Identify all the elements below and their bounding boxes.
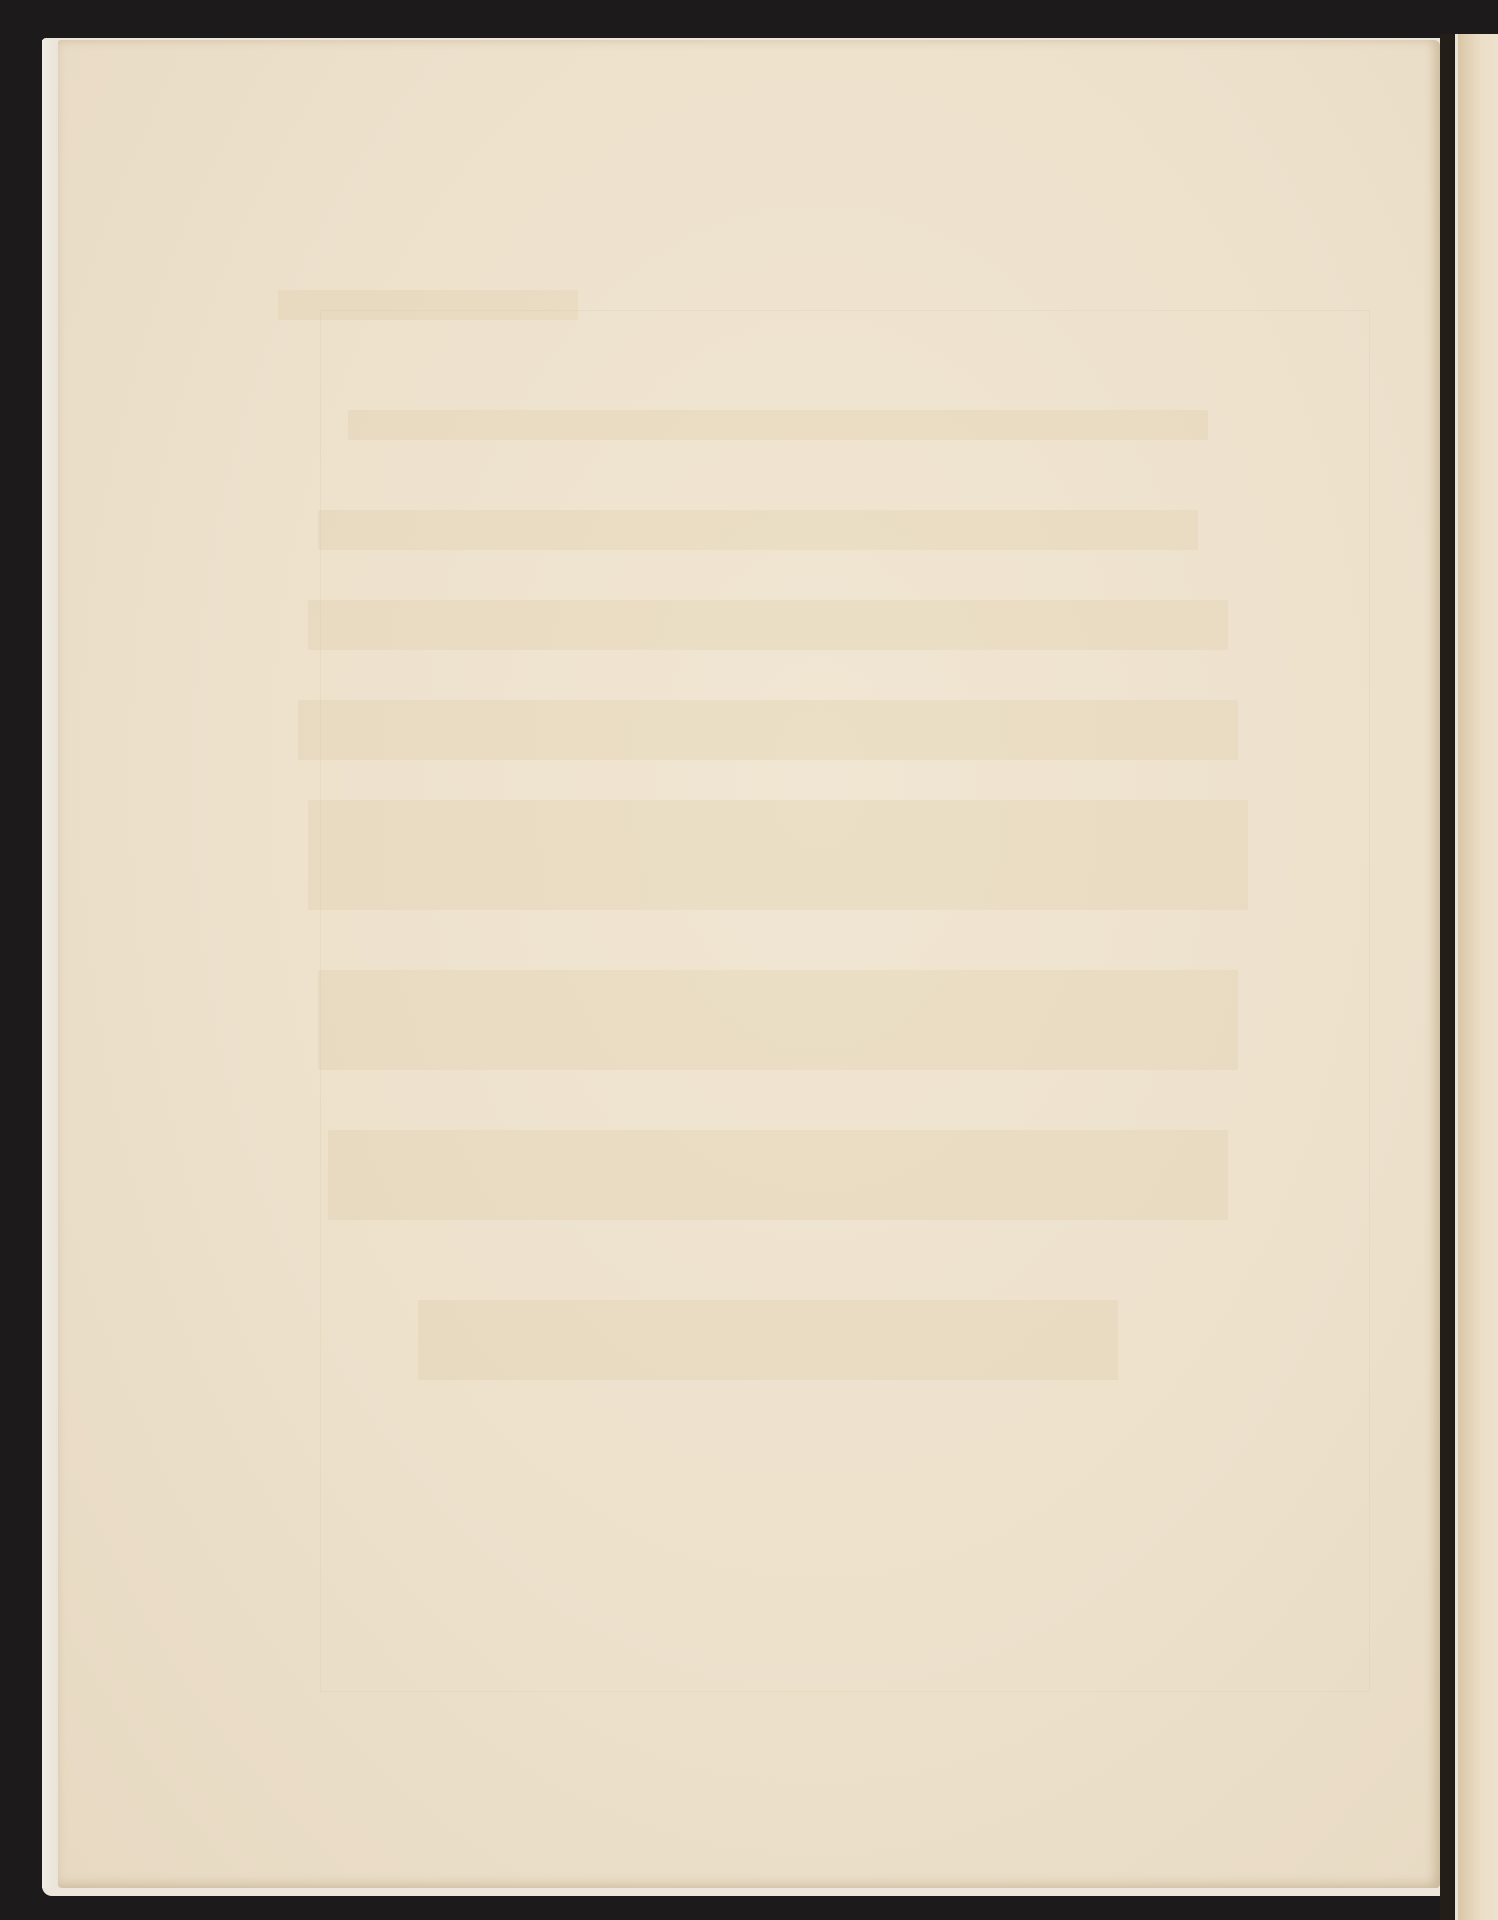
bleed-through-mark bbox=[328, 1130, 1228, 1220]
bleed-through-mark bbox=[298, 700, 1238, 760]
bleed-through-mark bbox=[308, 600, 1228, 650]
blank-page bbox=[58, 40, 1440, 1888]
adjacent-page-edge bbox=[1455, 34, 1498, 1920]
bleed-through-mark bbox=[318, 970, 1238, 1070]
gutter-shadow bbox=[1440, 34, 1454, 1920]
bleed-through-mark bbox=[318, 510, 1198, 550]
bleed-through-mark bbox=[278, 290, 578, 320]
bleed-through-mark bbox=[418, 1300, 1118, 1380]
bleed-through-mark bbox=[348, 410, 1208, 440]
bleed-through-mark bbox=[308, 800, 1248, 910]
